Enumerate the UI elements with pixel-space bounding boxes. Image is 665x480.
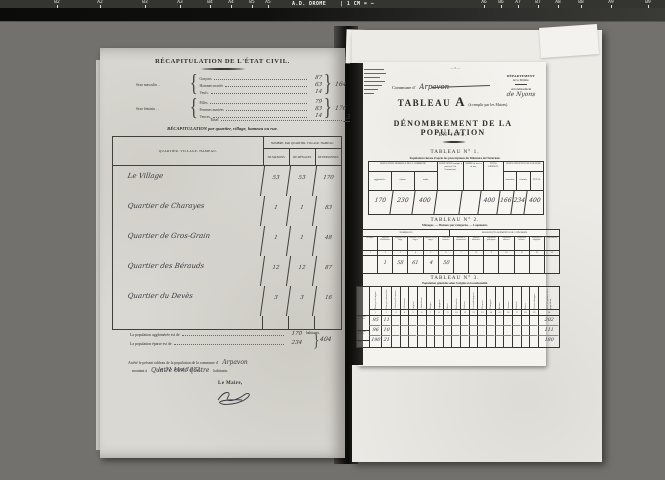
recap-heading: RÉCAPITULATION par quartier, village, ha… bbox=[100, 126, 345, 131]
population-eparse-line: La population éparse est de 234 bbox=[130, 340, 302, 346]
t2-column: Observations. 13 bbox=[545, 237, 559, 273]
table-row: Le Village 53 53 170 bbox=[113, 166, 341, 196]
etat-civil-total: Total 340 bbox=[210, 114, 360, 122]
dot-leader bbox=[221, 120, 342, 121]
etat-civil-line: Femmes mariées 83 bbox=[200, 105, 322, 112]
t3-subtitle: Population générale selon l'origine et l… bbox=[364, 281, 546, 285]
dot-leader bbox=[210, 103, 306, 104]
t2-column: Boutiques et magasins. 12 bbox=[530, 237, 545, 273]
dot-leader bbox=[211, 93, 307, 94]
commune-line: Commune d' Arpavon bbox=[392, 76, 449, 94]
recap-table: QUARTIER, VILLAGE, HAMEAU. NOMBRE, PAR Q… bbox=[112, 136, 342, 330]
t2-column: Ménages. 1 bbox=[363, 237, 378, 273]
film-frame-label: B6 bbox=[495, 0, 507, 8]
dot-leader bbox=[225, 86, 307, 87]
tableau-1: POPULATION NORMALE DE LA COMMUNE agglomé… bbox=[368, 161, 544, 215]
etat-civil-line: Garçons. 87 bbox=[200, 74, 322, 81]
film-frame-label: B8 bbox=[575, 0, 587, 8]
tableau-2: NOMBRE DE MAISONS ET LOGEMENTS PAR CATÉG… bbox=[362, 229, 560, 274]
microfilm-ruler-bar bbox=[0, 8, 665, 22]
subcol-menages: DE MÉNAGES. bbox=[290, 149, 316, 165]
t3-column: Luxembourgeois. 12 bbox=[470, 287, 479, 347]
page-number-mark: — 5 — bbox=[400, 66, 510, 70]
t1-col-total-general: TOTAL GÉNÉRAL. bbox=[484, 162, 504, 190]
t3-column: Autrichiens. 6 bbox=[418, 287, 427, 347]
t2-subtitle: Ménages. — Maisons par catégories. — Log… bbox=[364, 223, 546, 227]
group-header: NOMBRE, PAR QUARTIER, VILLAGE, HAMEAU, bbox=[264, 137, 341, 149]
film-frame-label: A7 bbox=[512, 0, 524, 8]
t1-val-comptee bbox=[434, 191, 462, 214]
subcolumn-headers: DE MAISONS. DE MÉNAGES. DE PERSONNES. bbox=[264, 149, 341, 165]
male-subtotal: 164 bbox=[335, 81, 347, 88]
t2-column: Maisons en construction. 7 bbox=[454, 237, 469, 273]
microfilm-scan: B2 A2 B3 A3 B4 A4 B5 A5 A.D. DROME | 1 C… bbox=[0, 0, 665, 480]
film-frame-label: A8 bbox=[552, 0, 564, 8]
female-group-label: Sexe féminin . . bbox=[136, 107, 188, 111]
table-row: Quartier de Charayes 1 1 83 bbox=[113, 196, 341, 226]
etat-civil-line: Veufs. 14 bbox=[200, 88, 322, 95]
female-subtotal: 176 bbox=[335, 105, 347, 112]
t3-column: Alsaciens-Lorrains. 3 bbox=[392, 287, 401, 347]
population-total-value: 404 bbox=[320, 336, 332, 343]
t3-column: Hollandais. 10 bbox=[452, 287, 461, 347]
t3-column: Français d'origine. 1 95 96 190 bbox=[370, 287, 382, 347]
t1-subtitle: Population classée d'après les prescript… bbox=[360, 156, 550, 160]
film-frame-label: B7 bbox=[532, 0, 544, 8]
population-agglomeree-line: La population agglomérée est de 170 bbox=[130, 331, 302, 337]
table-row: Quartier du Devès 3 3 16 bbox=[113, 286, 341, 316]
t3-column: Italiens. 11 bbox=[461, 287, 470, 347]
date-script: le 31 Mai 1872. bbox=[158, 367, 203, 373]
t2-column: Maisons à un étage. 3 58 bbox=[393, 237, 408, 273]
t1-col-armee: ARMÉE de terre et de mer. bbox=[464, 162, 484, 190]
t3-column: TOTAL général de la population. 20 202 1… bbox=[539, 287, 559, 347]
empty-rows-filler bbox=[113, 316, 341, 329]
brace-close: } bbox=[323, 74, 331, 95]
film-frame-label: A4 bbox=[225, 0, 237, 8]
t2-column: Logements vacants. 11 bbox=[515, 237, 530, 273]
sheet-folded-corner bbox=[539, 24, 599, 58]
t2-band-headers: NOMBRE DE MAISONS ET LOGEMENTS PAR CATÉG… bbox=[363, 230, 559, 237]
etat-civil-line: Hommes mariés 63 bbox=[200, 81, 322, 88]
col-quartier-header: QUARTIER, VILLAGE, HAMEAU. bbox=[113, 137, 264, 165]
t1-val-agglomeree: 170 bbox=[367, 191, 393, 214]
title-flourish bbox=[442, 141, 466, 143]
t3-column: Anglais. 5 bbox=[409, 287, 418, 347]
t1-header: POPULATION NORMALE DE LA COMMUNE agglomé… bbox=[369, 162, 543, 191]
agglo-value: 170 bbox=[286, 331, 303, 337]
eparse-value: 234 bbox=[286, 340, 303, 346]
archive-name: A.D. DROME bbox=[292, 1, 326, 7]
t2-column: Maisons à deux étages. 4 61 bbox=[408, 237, 423, 273]
t3-column: Polonais. 13 bbox=[478, 287, 487, 347]
t3-column: Suédois. 17 bbox=[513, 287, 522, 347]
maire-label: Le Maire, bbox=[218, 381, 243, 386]
film-frame-label: A3 bbox=[174, 0, 186, 8]
dot-leader bbox=[214, 79, 306, 80]
film-frame-label: B3 bbox=[139, 0, 151, 8]
scale-label: | 1 CM = — bbox=[340, 1, 374, 7]
departement-value: de la Drôme. bbox=[498, 78, 544, 82]
brace-open: { bbox=[190, 98, 198, 119]
t3-column: Français naturalisés. 2 11 10 21 bbox=[382, 287, 392, 347]
t1-col-comptee-a-part: POPULATION comptée à part (art. 9 de l'i… bbox=[438, 162, 464, 190]
brace-total: } bbox=[313, 333, 319, 347]
film-label-strip: B2 A2 B3 A3 B4 A4 B5 A5 A.D. DROME | 1 C… bbox=[0, 0, 665, 8]
t3-column: Divers étrangers. 19 bbox=[530, 287, 539, 347]
film-frame-label: A6 bbox=[478, 0, 490, 8]
tableau-3: Population masculine. Population féminin… bbox=[356, 286, 560, 348]
t1-title: TABLEAU N° 1. bbox=[368, 149, 542, 155]
t3-column: Russes. 15 bbox=[496, 287, 505, 347]
dot-leader bbox=[182, 335, 284, 336]
film-frame-label: B9 bbox=[642, 0, 654, 8]
etat-civil-male-group: Sexe masculin . . { Garçons. 87 Hommes m… bbox=[136, 74, 347, 95]
film-frame-label: A9 bbox=[605, 0, 617, 8]
subcol-maisons: DE MAISONS. bbox=[264, 149, 290, 165]
title-flourish bbox=[200, 68, 246, 70]
recap-rows: Le Village 53 53 170 Quartier de Charaye… bbox=[113, 166, 341, 316]
t2-column: Maisons à trois étages. 5 4 bbox=[424, 237, 439, 273]
film-frame-label: A5 bbox=[262, 0, 274, 8]
t3-column: Belges. 7 bbox=[427, 287, 436, 347]
film-frame-label: B4 bbox=[204, 0, 216, 8]
male-lines: Garçons. 87 Hommes mariés 63 Veufs. 14 bbox=[200, 74, 322, 95]
t1-group1: POPULATION NORMALE DE LA COMMUNE agglomé… bbox=[369, 162, 438, 190]
t3-columns: Français d'origine. 1 95 96 190 Français… bbox=[370, 287, 559, 347]
left-page-title: RÉCAPITULATION DE L'ÉTAT CIVIL. bbox=[100, 58, 345, 65]
brace-open: { bbox=[190, 74, 198, 95]
recap-table-header: QUARTIER, VILLAGE, HAMEAU. NOMBRE, PAR Q… bbox=[113, 137, 341, 166]
t3-column: Grecs. 9 bbox=[444, 287, 453, 347]
film-frame-label: B5 bbox=[246, 0, 258, 8]
t3-column: Allemands. 4 bbox=[401, 287, 410, 347]
col-nombre-group: NOMBRE, PAR QUARTIER, VILLAGE, HAMEAU, D… bbox=[264, 137, 341, 165]
table-row: Quartier de Gros-Grain 1 1 48 bbox=[113, 226, 341, 256]
t2-column: Maisons d'habitation. 2 1 bbox=[378, 237, 393, 273]
total-label: Total bbox=[210, 117, 219, 122]
t3-column: Espagnols. 8 bbox=[435, 287, 444, 347]
t1-values-row: 170 230 400 400 166 234 400 bbox=[369, 191, 543, 214]
film-frame-label: B2 bbox=[51, 0, 63, 8]
recap-table-body: Le Village 53 53 170 Quartier de Charaye… bbox=[113, 166, 341, 329]
year-subtitle: EN 1872. bbox=[364, 132, 542, 138]
table-row: Quartier des Bérauds 12 12 87 bbox=[113, 256, 341, 286]
dot-leader bbox=[174, 344, 284, 345]
mayor-signature bbox=[212, 388, 260, 408]
t3-column: Turcs. 18 bbox=[522, 287, 531, 347]
t2-columns: Ménages. 1 Maisons d'habitation. 2 1 Mai… bbox=[363, 237, 559, 273]
tableau-a-heading: TABLEAU A (à remplir par les Maires). bbox=[368, 93, 538, 111]
etat-civil-line: Filles. 79 bbox=[200, 98, 322, 105]
male-group-label: Sexe masculin . . bbox=[136, 83, 188, 87]
subcol-personnes: DE PERSONNES. bbox=[316, 149, 341, 165]
t1-group2: POPULATION TOTALE PAR SEXE masculin. fém… bbox=[504, 162, 543, 190]
t3-row-labels: Population masculine. Population féminin… bbox=[357, 287, 370, 347]
t2-column: Maisons inhabitées. 8 bbox=[469, 237, 484, 273]
small-rule bbox=[515, 84, 527, 85]
film-frame-label: A2 bbox=[94, 0, 106, 8]
t1-val-total-sexe: 400 bbox=[524, 191, 544, 214]
t3-column: Portugais. 14 bbox=[487, 287, 496, 347]
t3-column: Suisses. 16 bbox=[504, 287, 513, 347]
t2-column: Logements principaux. 9 bbox=[484, 237, 499, 273]
t2-column: Total des maisons. 6 50 bbox=[439, 237, 454, 273]
dot-leader bbox=[226, 110, 307, 111]
t2-column: Logements annexes. 10 bbox=[499, 237, 514, 273]
